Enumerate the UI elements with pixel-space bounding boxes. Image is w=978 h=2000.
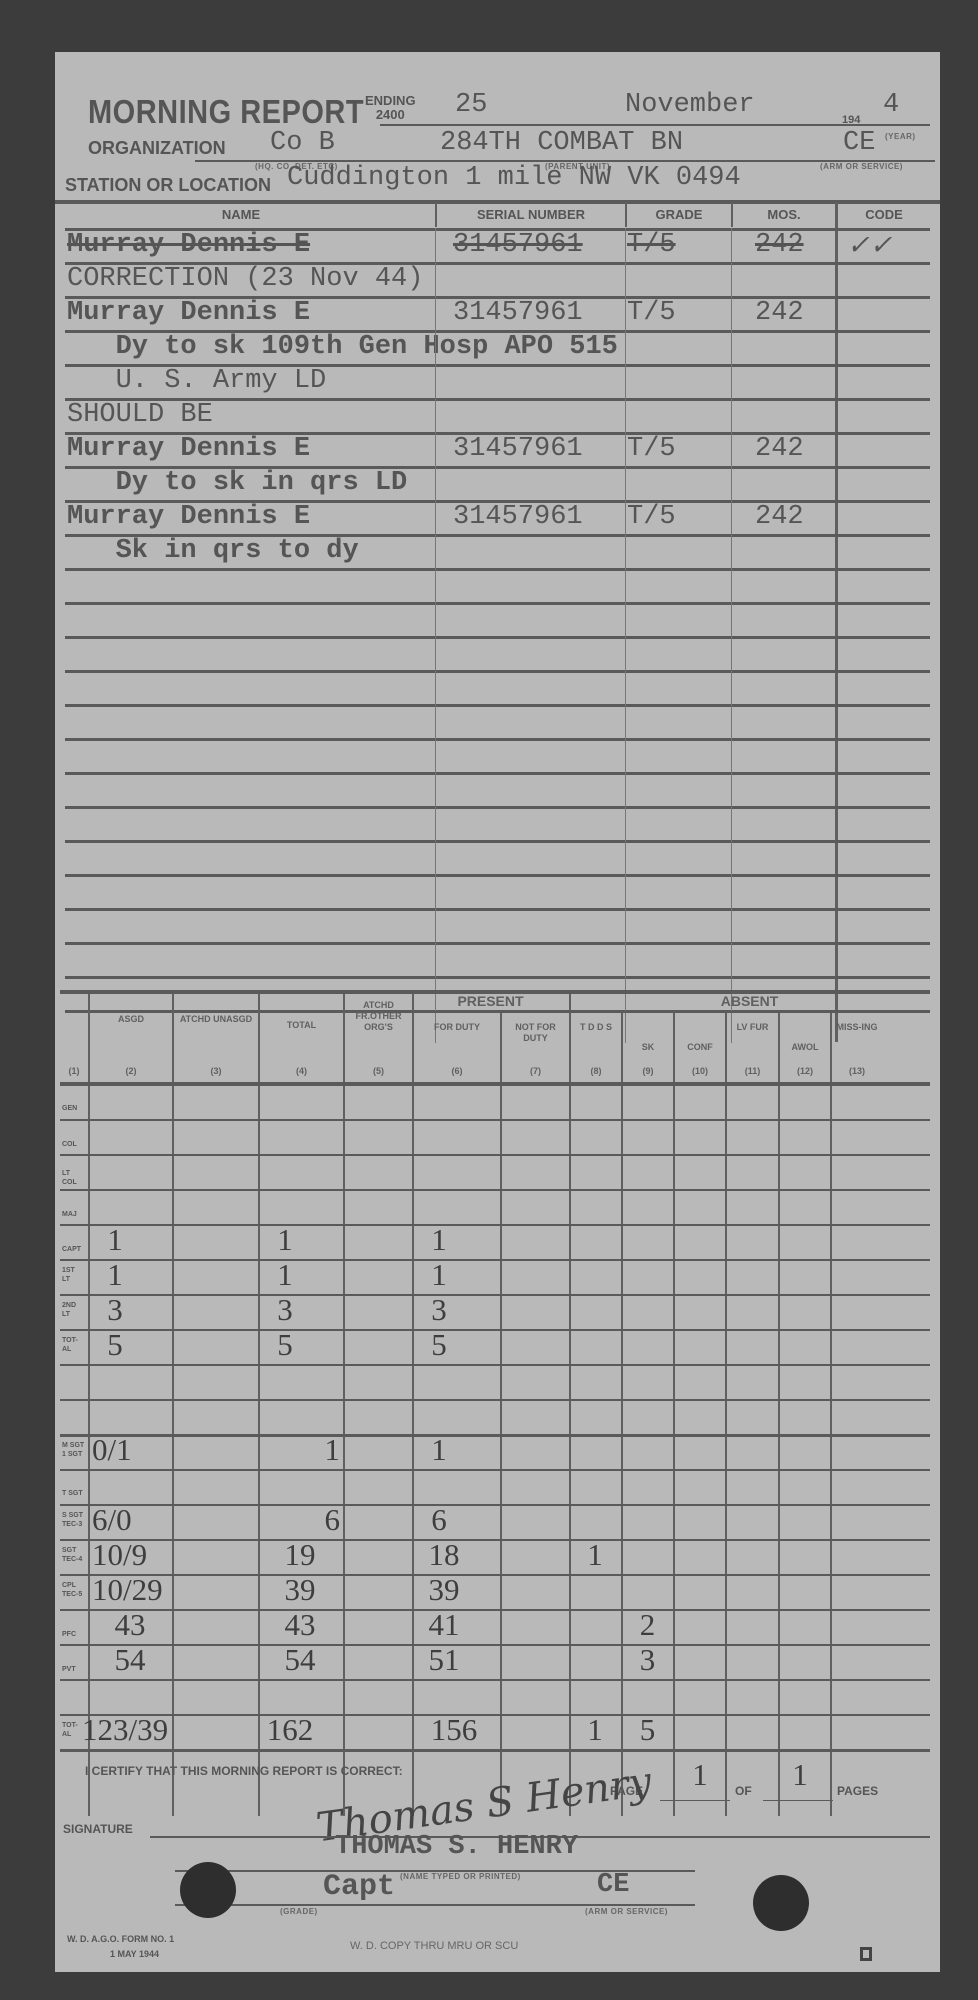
printed-name: THOMAS S. HENRY (335, 1832, 578, 1862)
col-grade: GRADE (627, 207, 731, 222)
copy-note: W. D. COPY THRU MRU OR SCU (350, 1940, 518, 1952)
organization-value: Co B (270, 128, 335, 158)
punch-hole-right (753, 1875, 809, 1931)
ending-label: ENDING 2400 (365, 94, 416, 122)
grand-total: 162 (260, 1712, 320, 1748)
col-serial: SERIAL NUMBER (437, 207, 625, 222)
header-rule (55, 200, 940, 204)
arm-sublabel: (ARM OR SERVICE) (585, 1907, 668, 1916)
pages-label: PAGES (837, 1784, 878, 1798)
year-suffix: 4 (883, 90, 899, 120)
grade-value: Capt (323, 1870, 395, 1904)
report-month: November (625, 90, 755, 120)
absent-group-header: ABSENT (569, 996, 930, 1007)
form-date: 1 MAY 1944 (110, 1949, 159, 1959)
name-sublabel: (NAME TYPED OR PRINTED) (400, 1872, 521, 1881)
organization-label: ORGANIZATION (88, 138, 226, 159)
arm-sublabel: (ARM OR SERVICE) (820, 162, 903, 171)
station-label: STATION OR LOCATION (65, 175, 271, 196)
parent-unit-value: 284TH COMBAT BN (440, 128, 683, 158)
present-group-header: PRESENT (412, 996, 569, 1007)
arm-service-value: CE (843, 128, 875, 158)
arm-value: CE (597, 1870, 629, 1900)
morning-report-form: MORNING REPORT ENDING 2400 25 November 1… (55, 52, 940, 1972)
strength-table: PRESENT ABSENT (1) ASGD(2) ATCHD UNASGD(… (60, 994, 930, 1814)
signature-label: SIGNATURE (63, 1822, 133, 1836)
code-column-divider (835, 202, 838, 1042)
code-checkmark: ✓✓ (847, 230, 892, 261)
certify-text: I CERTIFY THAT THIS MORNING REPORT IS CO… (85, 1764, 403, 1778)
col-mos: MOS. (733, 207, 835, 222)
of-label: OF (735, 1784, 752, 1798)
punch-hole-left (180, 1862, 236, 1918)
total-pages: 1 (770, 1757, 830, 1793)
form-title: MORNING REPORT (88, 94, 364, 132)
corner-box-mark (860, 1947, 872, 1961)
grade-sublabel: (GRADE) (280, 1907, 318, 1916)
year-sublabel: (YEAR) (885, 132, 916, 141)
report-day: 25 (455, 90, 487, 120)
grand-total-assigned: 123/39 (82, 1712, 168, 1748)
form-number: W. D. A.G.O. FORM NO. 1 (67, 1934, 174, 1944)
page-number: 1 (675, 1757, 725, 1793)
grand-total-for-duty: 156 (414, 1712, 494, 1748)
col-name: NAME (55, 207, 427, 222)
col-code: CODE (839, 207, 929, 222)
station-value: Cuddington 1 mile NW VK 0494 (287, 163, 741, 193)
date-underline (380, 124, 930, 126)
